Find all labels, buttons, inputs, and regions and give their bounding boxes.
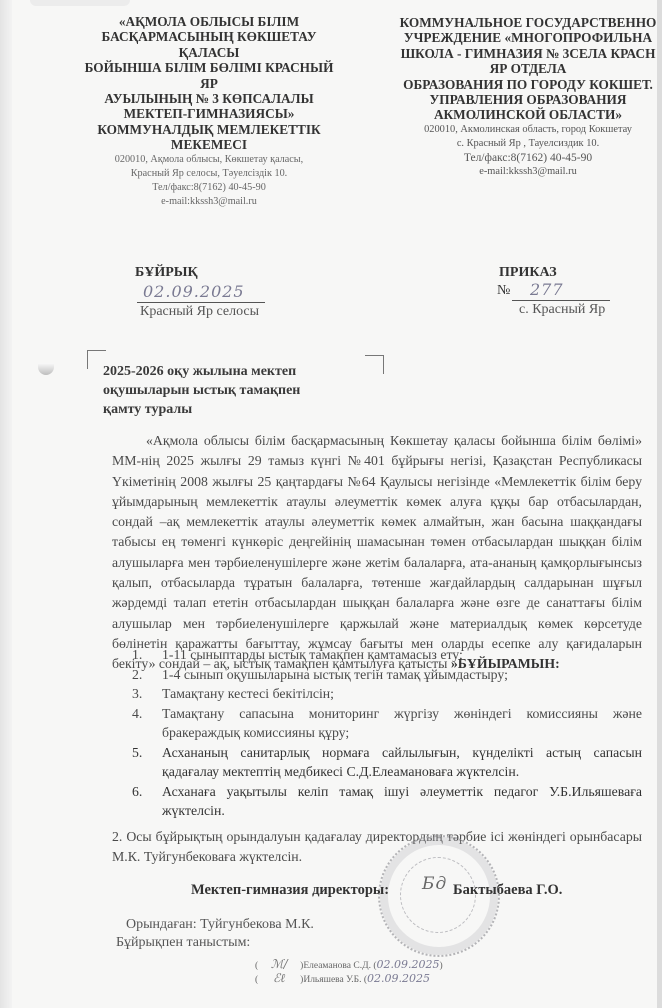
handwritten-order-number: 277 — [530, 280, 564, 299]
letterhead-line: МЕКЕМЕСІ — [64, 137, 354, 152]
list-item: 5.Асхананың санитарлық нормаға сайлылығы… — [112, 743, 642, 782]
acknowledgement-row: (ℳ/)Елеаманова С.Д. (02.09.2025) — [255, 957, 443, 971]
item-text: 1-11 сыныптарды ыстық тамақпен қамтамасы… — [162, 647, 463, 662]
punch-hole — [38, 363, 54, 375]
item-text: Асхананың санитарлық нормаға сайлылығын,… — [162, 745, 642, 780]
scan-shadow — [30, 0, 130, 6]
preamble-paragraph: «Ақмола облысы білім басқармасының Көкше… — [112, 431, 642, 675]
handwritten-date: 02.09.2025 — [143, 282, 245, 301]
place-russian: с. Красный Яр — [519, 302, 605, 318]
list-item: 1.1-11 сыныптарды ыстық тамақпен қамтама… — [112, 645, 642, 665]
item-text: 1-4 сынып оқушыларына ыстық тегін тамақ … — [162, 667, 508, 682]
letterhead-line: МЕКТЕП-ГИМНАЗИЯСЫ» — [64, 106, 354, 121]
letterhead-line: ЯР ОТДЕЛА — [378, 61, 662, 76]
email: e-mail:kkssh3@mail.ru — [64, 195, 354, 209]
letterhead-line: БАСҚАРМАСЫНЫҢ КӨКШЕТАУ — [64, 29, 354, 44]
letterhead-line: ЯР — [64, 76, 354, 91]
letterhead-line: АКМОЛИНСКОЙ ОБЛАСТИ» — [378, 107, 662, 122]
order-title-kazakh: БҰЙРЫҚ — [135, 265, 198, 281]
order-items-list: 1.1-11 сыныптарды ыстық тамақпен қамтама… — [112, 645, 642, 821]
address-line: 020010, Ақмола облысы, Көкшетау қаласы, — [64, 153, 354, 167]
handwritten-signature: ℳ/ — [258, 957, 300, 971]
acquainted-label: Бұйрықпен таныстым: — [116, 935, 250, 951]
list-item: 3.Тамақтану кестесі бекітілсін; — [112, 684, 642, 704]
item-number: 6. — [132, 782, 142, 802]
letterhead-kazakh: «АҚМОЛА ОБЛЫСЫ БІЛІМ БАСҚАРМАСЫНЫҢ КӨКШЕ… — [64, 14, 354, 209]
list-item: 4.Тамақтану сапасына мониторинг жүргізу … — [112, 704, 642, 743]
letterhead-line: КОММУНАЛЬНОЕ ГОСУДАРСТВЕННО — [378, 15, 662, 30]
letterhead-line: ШКОЛА - ГИМНАЗИЯ № 3СЕЛА КРАСН — [378, 46, 662, 61]
handwritten-signature: ℰℓ — [258, 971, 300, 986]
number-sign: № — [497, 283, 510, 299]
ack-date: 02.09.2025 — [376, 958, 439, 971]
order-title-russian: ПРИКАЗ — [499, 265, 557, 281]
list-item: 6.Асханаға уақытылы келіп тамақ ішуі әле… — [112, 782, 642, 821]
subject-bracket-right — [365, 355, 384, 374]
item-number: 3. — [132, 684, 142, 704]
address-line: Красный Яр селосы, Тәуелсіздік 10. — [64, 167, 354, 181]
address-line: с. Красный Яр , Тауелсиздик 10. — [378, 137, 662, 151]
number-underline — [512, 300, 610, 301]
director-title: Мектеп-гимназия директоры: — [191, 882, 389, 899]
supervision-paragraph: 2. Осы бұйрықтың орындалуын қадағалау ди… — [112, 827, 642, 866]
letterhead-line: ОБРАЗОВАНИЯ ПО ГОРОДУ КОКШЕТ. — [378, 77, 662, 92]
ack-name: )Елеаманова С.Д. ( — [300, 961, 376, 971]
executor-line: Орындаған: Туйгунбекова М.К. — [126, 917, 314, 933]
item-number: 4. — [132, 704, 142, 724]
date-underline — [137, 302, 265, 303]
item-number: 5. — [132, 743, 142, 763]
ack-date: 02.09.2025 — [367, 972, 430, 985]
letterhead-line: КОММУНАЛДЫҚ МЕМЛЕКЕТТІК — [64, 122, 354, 137]
order-subject: 2025-2026 оқу жылына мектеп оқушыларын ы… — [103, 362, 353, 419]
item-text: Тамақтану сапасына мониторинг жүргізу жө… — [162, 706, 642, 741]
letterhead-line: «АҚМОЛА ОБЛЫСЫ БІЛІМ — [64, 14, 354, 29]
list-item: 2.1-4 сынып оқушыларына ыстық тегін тама… — [112, 665, 642, 685]
email: e-mail:kkssh3@mail.ru — [378, 165, 662, 179]
address-line: 020010, Акмолинская область, город Кокше… — [378, 123, 662, 137]
item-number: 2. — [132, 665, 142, 685]
letterhead-russian: КОММУНАЛЬНОЕ ГОСУДАРСТВЕННО УЧРЕЖДЕНИЕ «… — [378, 15, 662, 179]
place-kazakh: Красный Яр селосы — [140, 304, 259, 320]
subject-line: оқушыларын ыстық тамақпен — [103, 381, 353, 400]
subject-line: 2025-2026 оқу жылына мектеп — [103, 362, 353, 381]
ack-name: )Ильяшева У.Б. ( — [300, 975, 367, 985]
item-text: Тамақтану кестесі бекітілсін; — [162, 686, 334, 701]
letterhead-line: АУЫЛЫНЫҢ № 3 КӨПСАЛАЛЫ — [64, 91, 354, 106]
acknowledgement-row: (ℰℓ)Ильяшева У.Б. (02.09.2025 — [255, 971, 430, 986]
phone-fax: Тел/факс:8(7162) 40-45-90 — [378, 151, 662, 165]
letterhead-line: БОЙЫНША БІЛІМ БӨЛІМІ КРАСНЫЙ — [64, 60, 354, 75]
letterhead-line: УПРАВЛЕНИЯ ОБРАЗОВАНИЯ — [378, 92, 662, 107]
director-signature: Бд — [422, 874, 447, 894]
letterhead-line: ҚАЛАСЫ — [64, 45, 354, 60]
preamble-text: «Ақмола облысы білім басқармасының Көкше… — [112, 433, 642, 671]
item-text: Асханаға уақытылы келіп тамақ ішуі әлеум… — [162, 784, 642, 819]
subject-line: қамту туралы — [103, 400, 353, 419]
phone-fax: Тел/факс:8(7162) 40-45-90 — [64, 181, 354, 195]
item-number: 1. — [132, 645, 142, 665]
page-left-edge — [0, 0, 12, 1008]
director-name: Бактыбаева Г.О. — [453, 882, 562, 899]
letterhead-line: УЧРЕЖДЕНИЕ «МНОГОПРОФИЛЬНА — [378, 30, 662, 45]
